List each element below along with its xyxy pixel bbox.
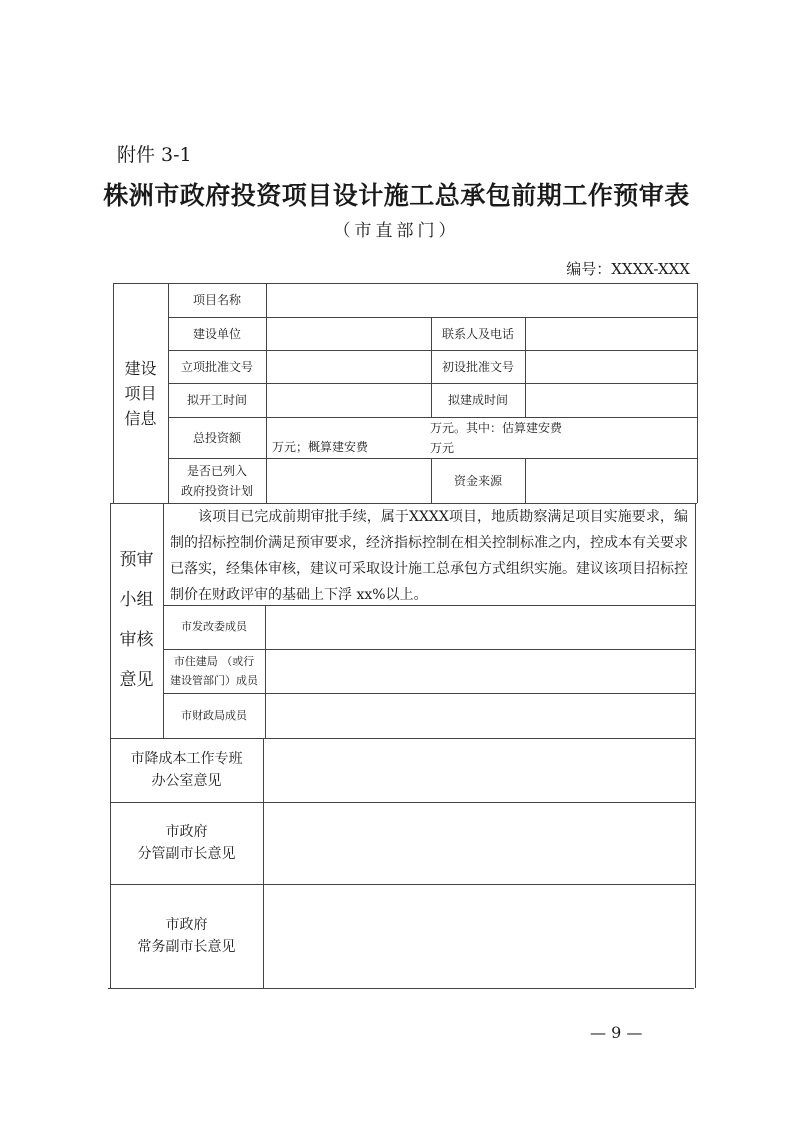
label-housing-member: 市住建局 （或行 建设管部门）成员	[163, 649, 265, 693]
label-line: 信息	[124, 406, 156, 431]
ndrc-member-field[interactable]	[266, 606, 695, 649]
investment-text: 万元。其中：估算建安费	[430, 419, 562, 436]
label-line: 审核	[120, 620, 154, 660]
label-in-investment-plan: 是否已列入 政府投资计划	[168, 458, 266, 503]
label-preliminary-no: 初设批准文号	[431, 350, 525, 383]
cost-office-opinion-field[interactable]	[264, 739, 695, 802]
exec-mayor-opinion-field[interactable]	[264, 885, 695, 988]
contact-field[interactable]	[526, 318, 697, 350]
label-exec-mayor-opinion: 市政府 常务副市长意见	[110, 884, 263, 988]
label-line: 市政府	[166, 821, 208, 843]
label-ndrc-member: 市发改委成员	[163, 605, 265, 649]
construction-unit-field[interactable]	[267, 318, 431, 350]
section-label-project-info: 建设 项目 信息	[113, 283, 168, 503]
document-number: 编号：XXXX-XXX	[566, 258, 690, 279]
review-opinion-text: 该项目已完成前期审批手续，属于XXXX项目，地质勘察满足项目实施要求，编制的招标…	[170, 504, 688, 608]
label-start-time: 拟开工时间	[168, 383, 266, 417]
label-line: 小组	[120, 580, 154, 620]
page-subtitle: （市直部门）	[0, 216, 793, 241]
completion-time-field[interactable]	[526, 384, 697, 417]
label-line: 预审	[120, 540, 154, 580]
page-number: — 9 —	[590, 1023, 642, 1042]
investment-text: 万元；概算建安费	[272, 438, 368, 455]
label-cost-office-opinion: 市降成本工作专班 办公室意见	[110, 738, 263, 802]
label-approval-no: 立项批准文号	[168, 350, 266, 383]
deputy-mayor-opinion-field[interactable]	[264, 803, 695, 884]
finance-member-field[interactable]	[266, 694, 695, 738]
label-line: 分管副市长意见	[138, 843, 236, 865]
label-line: 市政府	[166, 914, 208, 936]
page-title: 株洲市政府投资项目设计施工总承包前期工作预审表	[0, 176, 793, 212]
label-line: 常务副市长意见	[138, 936, 236, 958]
label-line: 政府投资计划	[181, 481, 253, 501]
label-line: 建设	[124, 356, 156, 381]
label-line: 是否已列入	[187, 461, 247, 481]
table-border-right	[697, 283, 698, 503]
investment-text: 万元	[430, 439, 454, 456]
total-investment-field[interactable]: 万元。其中：估算建安费 万元；概算建安费 万元	[267, 418, 697, 458]
preliminary-no-field[interactable]	[526, 351, 697, 383]
in-investment-plan-field[interactable]	[267, 459, 431, 503]
table-border-right	[695, 503, 696, 988]
label-finance-member: 市财政局成员	[163, 693, 265, 738]
label-contact: 联系人及电话	[431, 317, 525, 350]
label-line: 意见	[120, 660, 154, 700]
start-time-field[interactable]	[267, 384, 431, 417]
table-border-bottom	[108, 988, 694, 989]
label-construction-unit: 建设单位	[168, 317, 266, 350]
label-total-investment: 总投资额	[168, 417, 266, 458]
section-label-review-group: 预审 小组 审核 意见	[110, 540, 163, 700]
project-name-field[interactable]	[267, 284, 697, 317]
fund-source-field[interactable]	[526, 459, 697, 503]
label-deputy-mayor-opinion: 市政府 分管副市长意见	[110, 802, 263, 884]
label-line: 项目	[124, 381, 156, 406]
label-line: 市住建局 （或行	[174, 652, 255, 671]
attachment-label: 附件 3-1	[117, 140, 192, 167]
label-line: 市降成本工作专班	[131, 748, 243, 770]
label-line: 办公室意见	[152, 770, 222, 792]
label-fund-source: 资金来源	[431, 458, 525, 503]
label-completion-time: 拟建成时间	[431, 383, 525, 417]
approval-no-field[interactable]	[267, 351, 431, 383]
housing-member-field[interactable]	[266, 650, 695, 693]
label-line: 建设管部门）成员	[170, 671, 258, 690]
label-project-name: 项目名称	[168, 283, 266, 317]
